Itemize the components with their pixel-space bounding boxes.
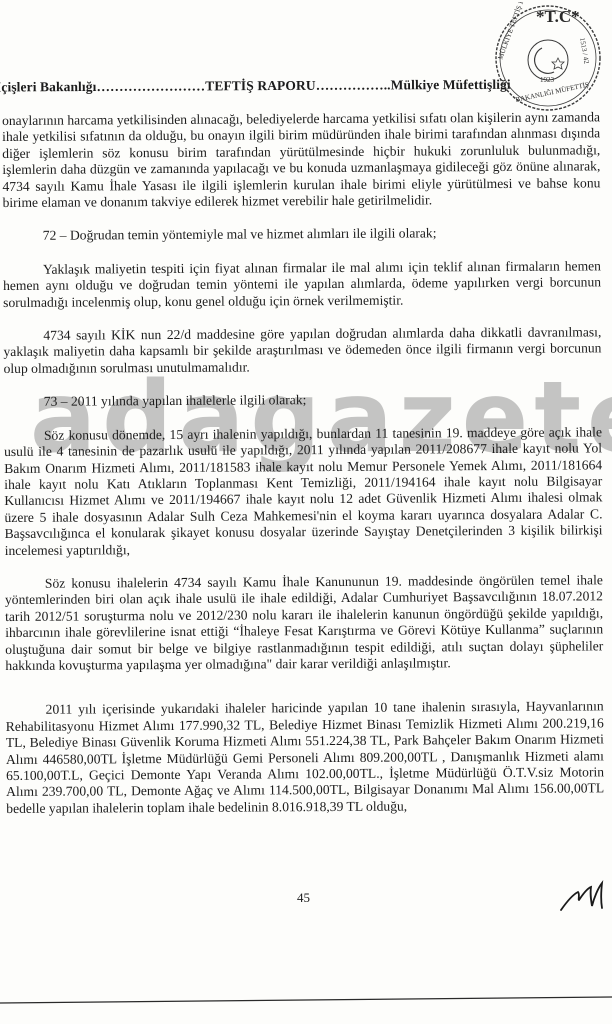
report-body: onaylarının harcama yetkilisinden alınac… xyxy=(2,109,604,817)
report-header: İçişleri Bakanlığı……………………TEFTİŞ RAPORU…… xyxy=(0,77,556,96)
stamp-bottom-text: BAKANLIĞI MÜFETTİŞ xyxy=(515,81,590,104)
document-page: İçişleri Bakanlığı……………………TEFTİŞ RAPORU…… xyxy=(0,0,612,1024)
official-seal-stamp: *T.C* 1923 MÜLKİYE TEFTİŞ 1513 1513 / 42… xyxy=(482,2,608,118)
paragraph-72-finding: Yaklaşık maliyetin tespiti için fiyat al… xyxy=(3,258,601,311)
paragraph-73-other-tenders: 2011 yılı içerisinde yukarıdaki ihaleler… xyxy=(6,699,605,817)
stamp-top-text: *T.C* xyxy=(536,7,580,26)
paragraph-73-prosecution: Söz konusu ihalelerin 4734 sayılı Kamu İ… xyxy=(5,572,604,674)
paragraph-73-tenders: Söz konusu dönemde, 15 ayrı ihalenin yap… xyxy=(4,424,603,559)
stamp-ring-right-text: 1513 / 42 xyxy=(578,37,591,65)
page-number: 45 xyxy=(297,890,310,906)
page-edge-line xyxy=(0,996,612,1004)
paragraph-72-recommendation: 4734 sayılı KİK nun 22/d maddesine göre … xyxy=(3,324,601,377)
paragraph-continuation: onaylarının harcama yetkilisinden alınac… xyxy=(2,109,601,211)
signature-initial xyxy=(558,880,604,914)
stamp-year-text: 1923 xyxy=(540,76,555,84)
stamp-ring-left-text: MÜLKİYE TEFTİŞ 1513 xyxy=(496,2,529,61)
